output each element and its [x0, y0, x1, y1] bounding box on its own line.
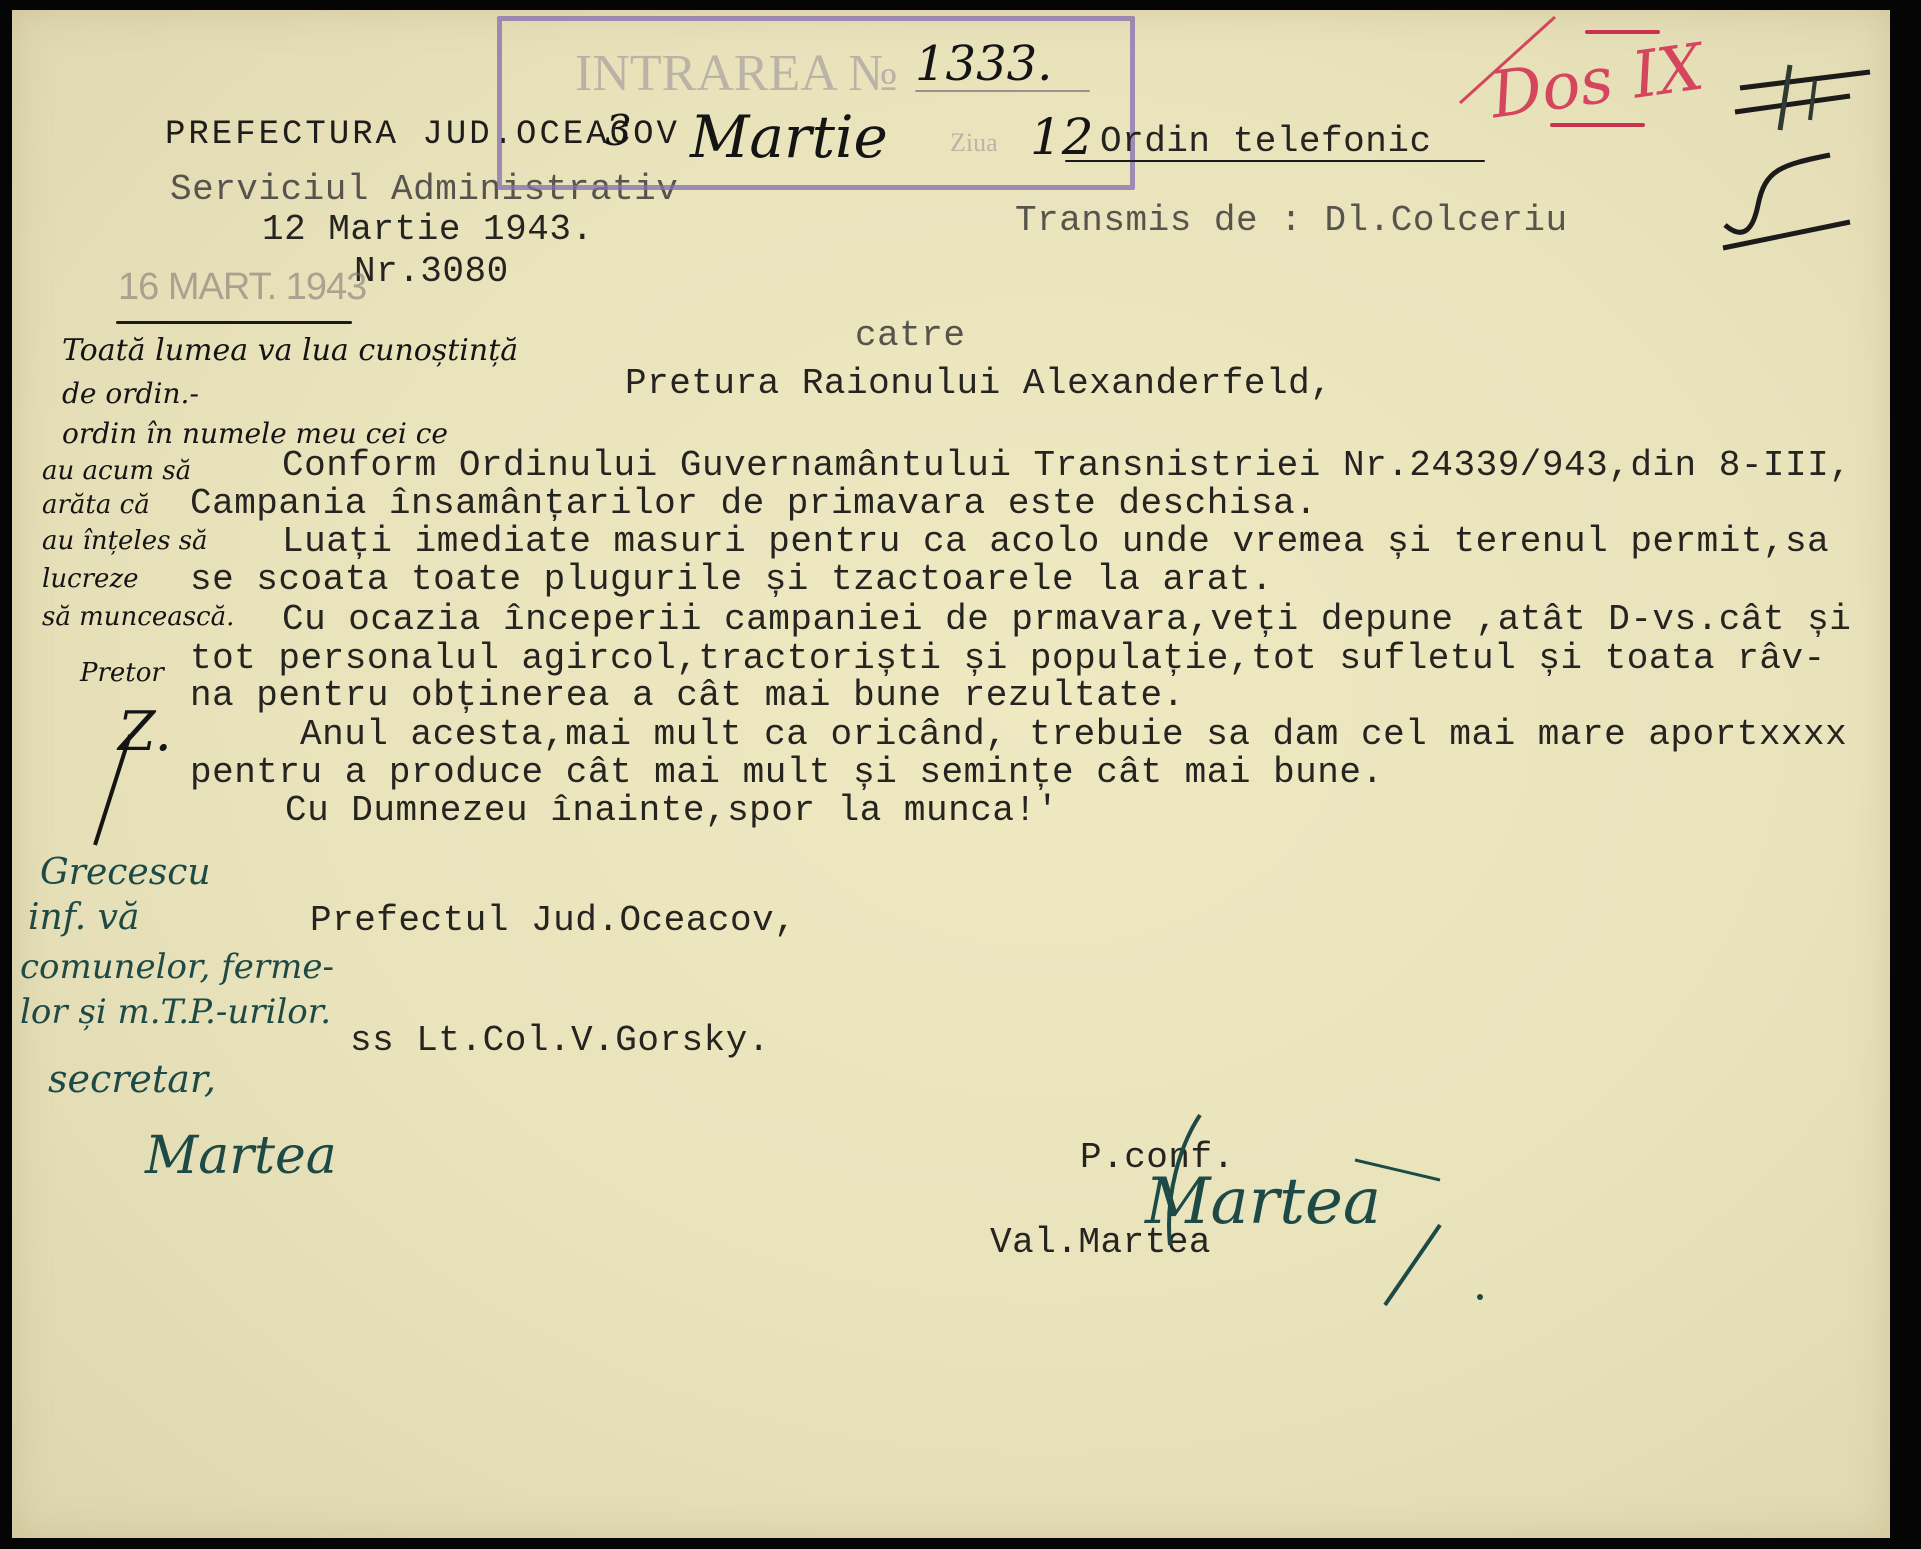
margin-note-3: ordin în numele meu cei ce — [62, 420, 448, 448]
margin-note-pretor: Pretor — [80, 660, 164, 686]
body-line-1: Conform Ordinului Guvernamântului Transn… — [282, 448, 1851, 484]
green-note-5: secretar, — [48, 1060, 216, 1098]
margin-note-5: arăta că — [42, 492, 150, 518]
registry-day: 12 — [1030, 112, 1094, 162]
red-underline — [1550, 123, 1645, 127]
recipient-prefix: catre — [855, 318, 966, 354]
document-date: 12 Martie 1943. — [262, 212, 594, 248]
margin-note-1: Toată lumea va lua cunoștință — [62, 336, 518, 366]
green-note-1: Grecescu — [40, 855, 211, 891]
order-type: Ordin telefonic — [1100, 124, 1432, 160]
margin-note-8: să muncească. — [42, 604, 234, 630]
received-date-stamp: 16 MART. 1943 — [118, 268, 366, 306]
registry-extra-digit: 3 — [605, 110, 632, 152]
registry-month: Martie — [690, 108, 888, 166]
number-five-mark-icon — [1720, 150, 1890, 260]
green-note-3: comunelor, ferme- — [20, 950, 334, 984]
green-note-2: inf. vă — [28, 900, 139, 936]
prefect-title: Prefectul Jud.Oceacov, — [310, 903, 796, 939]
order-type-underline — [1065, 160, 1485, 162]
red-slash-icon — [1455, 15, 1565, 105]
margin-note-4: au acum să — [42, 458, 191, 484]
transmitted-by: Transmis de : Dl.Colceriu — [1015, 203, 1568, 239]
signature-flourish-icon — [1140, 1115, 1480, 1315]
body-line-4: se scoata toate plugurile și tzactoarele… — [190, 562, 1273, 598]
secretary-signature: Martea — [145, 1130, 337, 1182]
document-number: Nr.3080 — [354, 254, 509, 290]
pretor-signature-stroke-icon — [90, 730, 140, 850]
prefect-signer: ss Lt.Col.V.Gorsky. — [350, 1023, 770, 1059]
registry-entry-number: 1333. — [915, 40, 1052, 88]
body-line-8: Anul acesta,mai mult ca oricând, trebuie… — [300, 717, 1847, 753]
body-line-7: na pentru obținerea a cât mai bune rezul… — [190, 678, 1185, 714]
red-overline — [1585, 30, 1660, 34]
margin-note-6: au înțeles să — [42, 528, 208, 554]
body-line-3: Luați imediate masuri pentru ca acolo un… — [282, 524, 1829, 560]
margin-note-2: de ordin.- — [62, 380, 199, 408]
margin-note-7: lucreze — [42, 566, 139, 592]
recipient-name: Pretura Raionului Alexanderfeld, — [625, 366, 1332, 402]
body-line-5: Cu ocazia începerii campaniei de prmavar… — [282, 602, 1851, 638]
body-line-10: Cu Dumnezeu înainte,spor la munca!' — [285, 793, 1059, 829]
body-line-9: pentru a produce cât mai mult și semințe… — [190, 755, 1384, 791]
body-line-6: tot personalul agircol,tractoriști și po… — [190, 641, 1826, 677]
entry-number-line — [915, 90, 1090, 92]
stamp-underline — [116, 321, 352, 324]
body-line-2: Campania însamânțarilor de primavara est… — [190, 486, 1317, 522]
registry-day-label: Ziua — [950, 130, 998, 156]
registry-stamp-label: INTRAREA № — [575, 48, 898, 100]
green-note-4: lor și m.T.P.-urilor. — [20, 995, 331, 1029]
